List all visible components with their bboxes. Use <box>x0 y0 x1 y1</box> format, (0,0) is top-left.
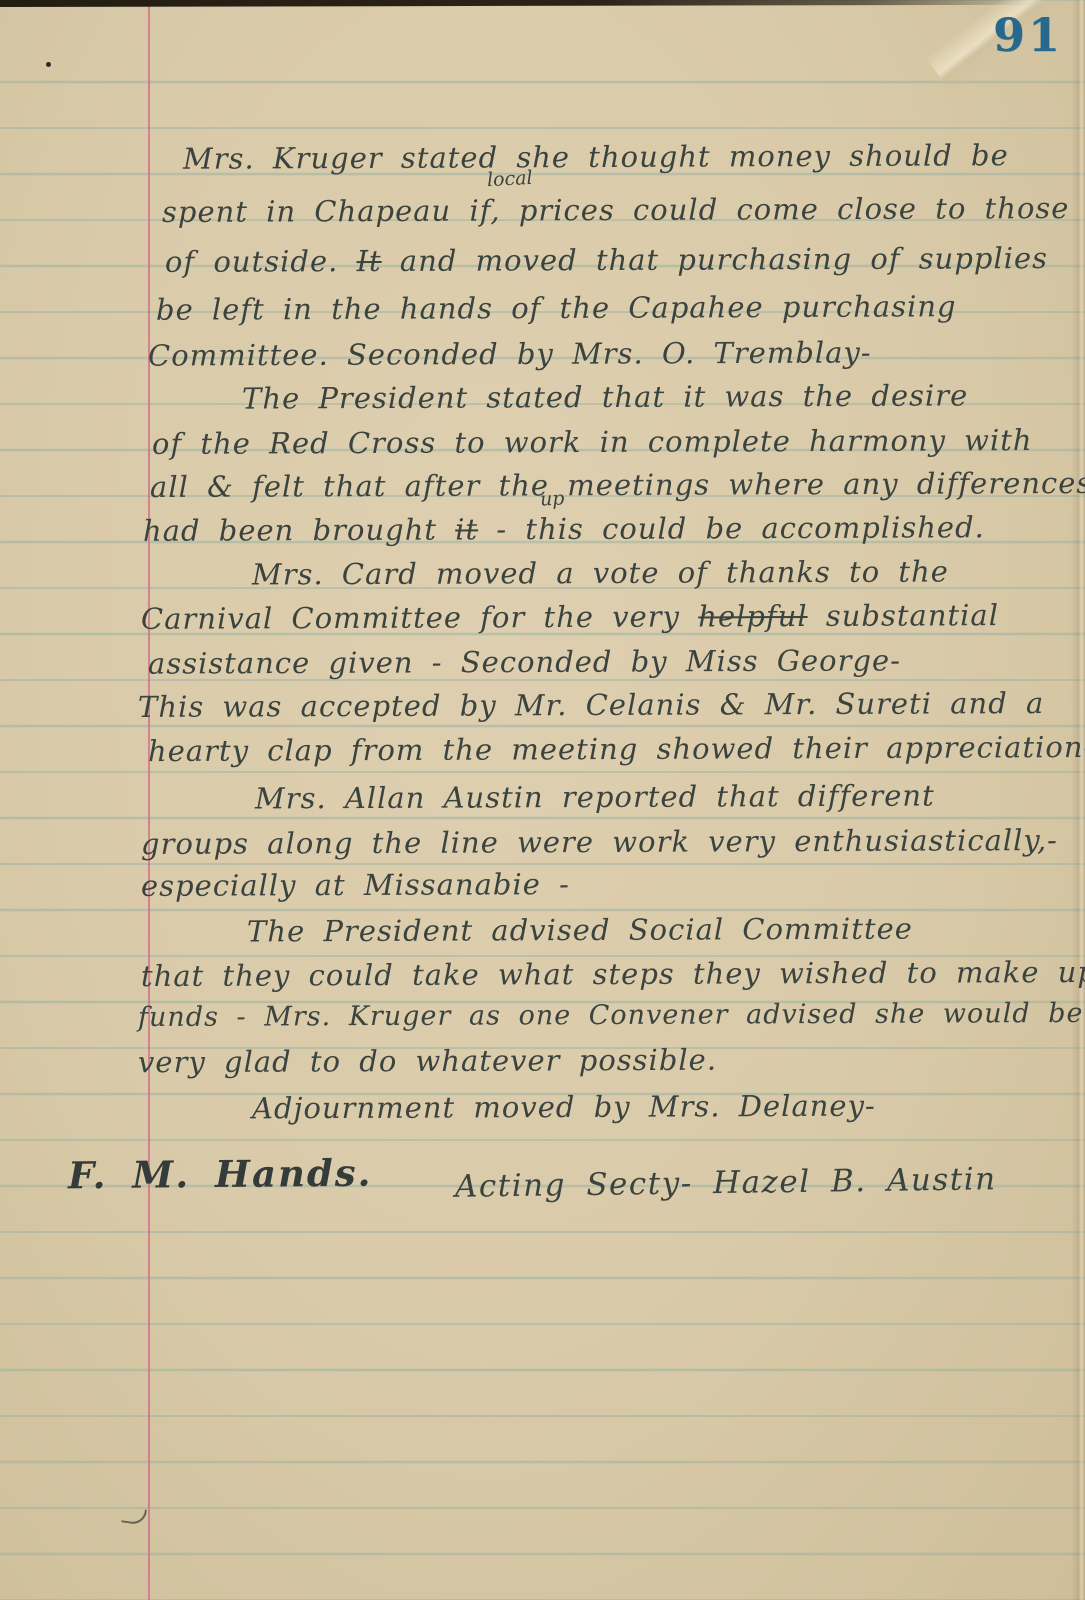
ink-speck <box>46 62 51 67</box>
signature-secretary: F. M. Hands. <box>68 1151 373 1198</box>
handwriting-line: Mrs. Allan Austin reported that differen… <box>255 779 935 816</box>
handwriting-line: groups along the line were work very ent… <box>141 823 1058 861</box>
handwriting-line: This was accepted by Mr. Celanis & Mr. S… <box>138 686 1044 724</box>
interline-insertion: local <box>486 167 533 191</box>
handwriting-segment: - this could be accomplished. <box>478 510 985 546</box>
handwriting-line: very glad to do whatever possible. <box>138 1043 717 1080</box>
handwriting-segment: had been brought <box>143 512 455 547</box>
handwriting-line: be left in the hands of the Capahee purc… <box>156 289 957 326</box>
handwriting-line: Carnival Committee for the very helpful … <box>141 598 999 636</box>
page-number: 91 <box>993 8 1063 62</box>
minute-book-page: 91 Mrs. Kruger stated she thought money … <box>0 0 1085 1600</box>
handwriting-segment: of outside. <box>165 244 357 279</box>
handwriting-line: hearty clap from the meeting showed thei… <box>148 730 1085 768</box>
struck-out-word: it <box>455 512 478 546</box>
handwriting-line: Committee. Seconded by Mrs. O. Tremblay- <box>148 335 872 372</box>
handwriting-line: The President stated that it was the des… <box>242 378 968 415</box>
handwriting-segment: and moved that purchasing of supplies <box>382 241 1049 278</box>
handwriting-line: especially at Missanabie - <box>141 867 570 903</box>
handwriting-line: Mrs. Kruger stated she thought money sho… <box>183 138 1009 176</box>
handwriting-line: assistance given - Seconded by Miss Geor… <box>148 643 901 680</box>
margin-line <box>148 0 150 1600</box>
handwriting-line: Mrs. Card moved a vote of thanks to the <box>252 554 949 591</box>
handwriting-line: all & felt that after the meetings where… <box>150 466 1085 504</box>
handwriting-line: Adjournment moved by Mrs. Delaney- <box>252 1089 876 1126</box>
struck-out-word: helpful <box>698 599 808 633</box>
handwriting-line: that they could take what steps they wis… <box>141 955 1085 993</box>
signature-acting-secretary: Acting Secty- Hazel B. Austin <box>455 1161 997 1205</box>
page-edge-shadow <box>1071 0 1085 1600</box>
handwriting-line: had been brought it - this could be acco… <box>143 510 985 548</box>
handwriting-line: of the Red Cross to work in complete har… <box>152 423 1033 461</box>
handwriting-segment: Carnival Committee for the very <box>141 599 698 635</box>
handwriting-line: funds - Mrs. Kruger as one Convener advi… <box>138 998 1084 1033</box>
handwriting-line: of outside. It and moved that purchasing… <box>165 241 1048 279</box>
interline-insertion: up <box>539 487 565 510</box>
struck-out-word: It <box>356 244 381 278</box>
handwriting-segment: substantial <box>808 598 999 633</box>
handwriting-line: The President advised Social Committee <box>247 912 913 949</box>
handwriting-line: spent in Chapeau if, prices could come c… <box>162 191 1070 229</box>
